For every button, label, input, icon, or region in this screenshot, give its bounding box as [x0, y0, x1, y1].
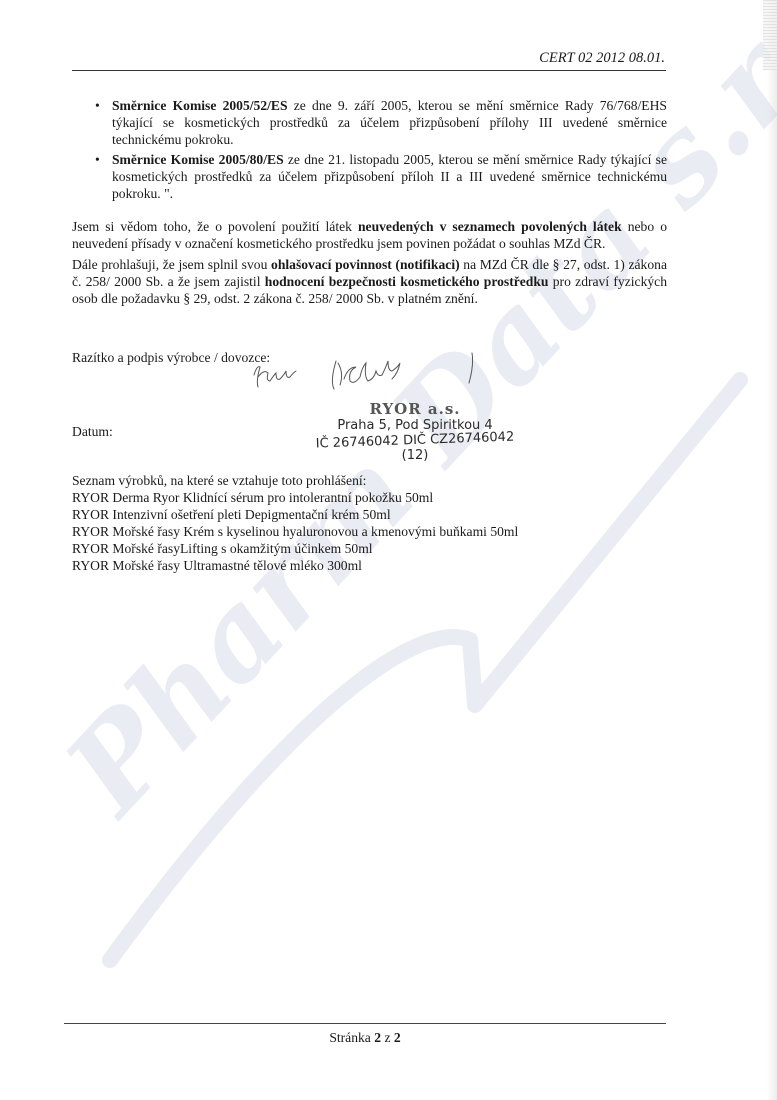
product-list-heading: Seznam výrobků, na které se vztahuje tot… — [72, 472, 518, 489]
directive-title: Směrnice Komise 2005/52/ES — [112, 98, 288, 113]
directive-title: Směrnice Komise 2005/80/ES — [112, 152, 284, 167]
declaration-paragraph-1: Jsem si vědom toho, že o povolení použit… — [72, 218, 667, 252]
product-item: RYOR Mořské řasy Ultramastné tělové mlék… — [72, 557, 518, 574]
scan-edge — [767, 0, 777, 1100]
declaration-paragraph-2: Dále prohlašuji, že jsem splnil svou ohl… — [72, 256, 667, 307]
product-item: RYOR Mořské řasyLifting s okamžitým účin… — [72, 540, 518, 557]
product-item: RYOR Derma Ryor Klidnící sérum pro intol… — [72, 489, 518, 506]
bullet-dot-icon: • — [95, 151, 100, 168]
page-number: Stránka 2 z 2 — [0, 1030, 730, 1046]
product-list: Seznam výrobků, na které se vztahuje tot… — [72, 472, 518, 574]
directive-list: • Směrnice Komise 2005/52/ES ze dne 9. z… — [112, 97, 667, 205]
document-reference: CERT 02 2012 08.01. — [539, 50, 665, 67]
handwritten-signature — [240, 345, 490, 405]
document-page: Pharm Data s.r.o. CERT 02 2012 08.01. • … — [0, 0, 777, 1100]
footer-divider — [64, 1023, 666, 1024]
header-divider — [72, 70, 666, 71]
company-stamp: RYOR a.s. Praha 5, Pod Spiritkou 4 IČ 26… — [315, 400, 515, 463]
date-label: Datum: — [72, 424, 113, 440]
scan-edge-top — [763, 0, 777, 70]
bullet-dot-icon: • — [95, 97, 100, 114]
directive-item: • Směrnice Komise 2005/80/ES ze dne 21. … — [112, 151, 667, 202]
product-item: RYOR Mořské řasy Krém s kyselinou hyalur… — [72, 523, 518, 540]
stamp-company: RYOR a.s. — [315, 400, 515, 418]
directive-item: • Směrnice Komise 2005/52/ES ze dne 9. z… — [112, 97, 667, 148]
product-item: RYOR Intenzivní ošetření pleti Depigment… — [72, 506, 518, 523]
